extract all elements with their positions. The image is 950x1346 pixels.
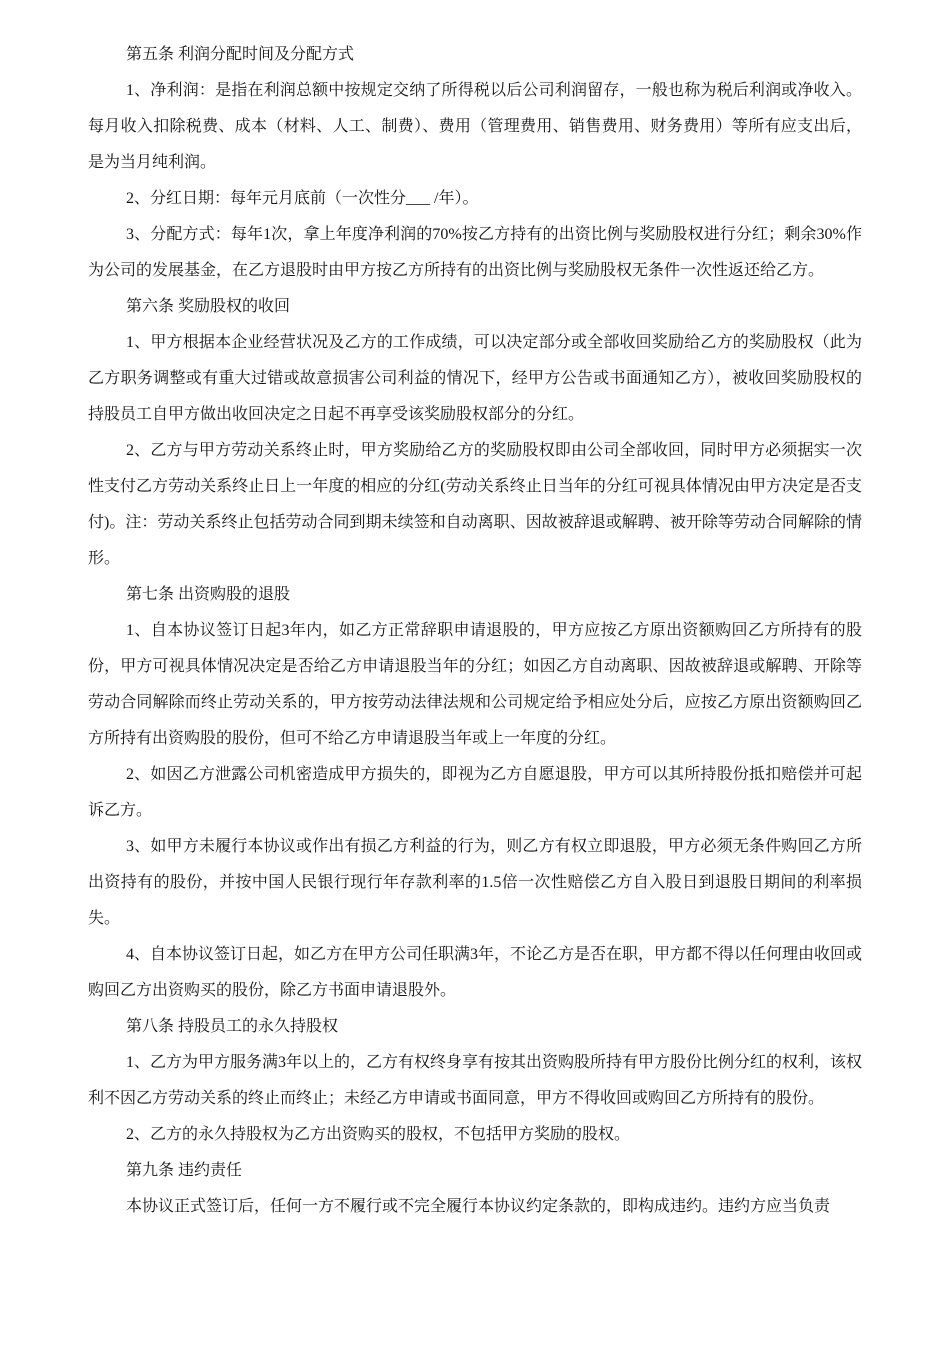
paragraph: 2、如因乙方泄露公司机密造成甲方损失的，即视为乙方自愿退股，甲方可以其所持股份抵… — [88, 757, 862, 829]
paragraph: 3、如甲方未履行本协议或作出有损乙方利益的行为，则乙方有权立即退股，甲方必须无条… — [88, 829, 862, 937]
paragraph: 1、甲方根据本企业经营状况及乙方的工作成绩，可以决定部分或全部收回奖励给乙方的奖… — [88, 325, 862, 433]
section-heading: 第六条 奖励股权的收回 — [88, 289, 862, 325]
section-heading: 第五条 利润分配时间及分配方式 — [88, 37, 862, 73]
paragraph: 本协议正式签订后，任何一方不履行或不完全履行本协议约定条款的，即构成违约。违约方… — [88, 1189, 862, 1225]
section-heading: 第九条 违约责任 — [88, 1153, 862, 1189]
paragraph: 2、分红日期：每年元月底前（一次性分___ /年）。 — [88, 181, 862, 217]
paragraph: 1、乙方为甲方服务满3年以上的，乙方有权终身享有按其出资购股所持有甲方股份比例分… — [88, 1045, 862, 1117]
paragraph: 1、净利润：是指在利润总额中按规定交纳了所得税以后公司利润留存，一般也称为税后利… — [88, 73, 862, 181]
section-heading: 第七条 出资购股的退股 — [88, 577, 862, 613]
paragraph: 1、自本协议签订日起3年内，如乙方正常辞职申请退股的，甲方应按乙方原出资额购回乙… — [88, 613, 862, 757]
paragraph: 2、乙方的永久持股权为乙方出资购买的股权，不包括甲方奖励的股权。 — [88, 1117, 862, 1153]
paragraph: 4、自本协议签订日起，如乙方在甲方公司任职满3年，不论乙方是否在职，甲方都不得以… — [88, 937, 862, 1009]
paragraph: 3、分配方式：每年1次，拿上年度净利润的70%按乙方持有的出资比例与奖励股权进行… — [88, 217, 862, 289]
document-page: 第五条 利润分配时间及分配方式1、净利润：是指在利润总额中按规定交纳了所得税以后… — [0, 0, 950, 1346]
section-heading: 第八条 持股员工的永久持股权 — [88, 1009, 862, 1045]
document-body: 第五条 利润分配时间及分配方式1、净利润：是指在利润总额中按规定交纳了所得税以后… — [88, 37, 862, 1225]
paragraph: 2、乙方与甲方劳动关系终止时，甲方奖励给乙方的奖励股权即由公司全部收回，同时甲方… — [88, 433, 862, 577]
